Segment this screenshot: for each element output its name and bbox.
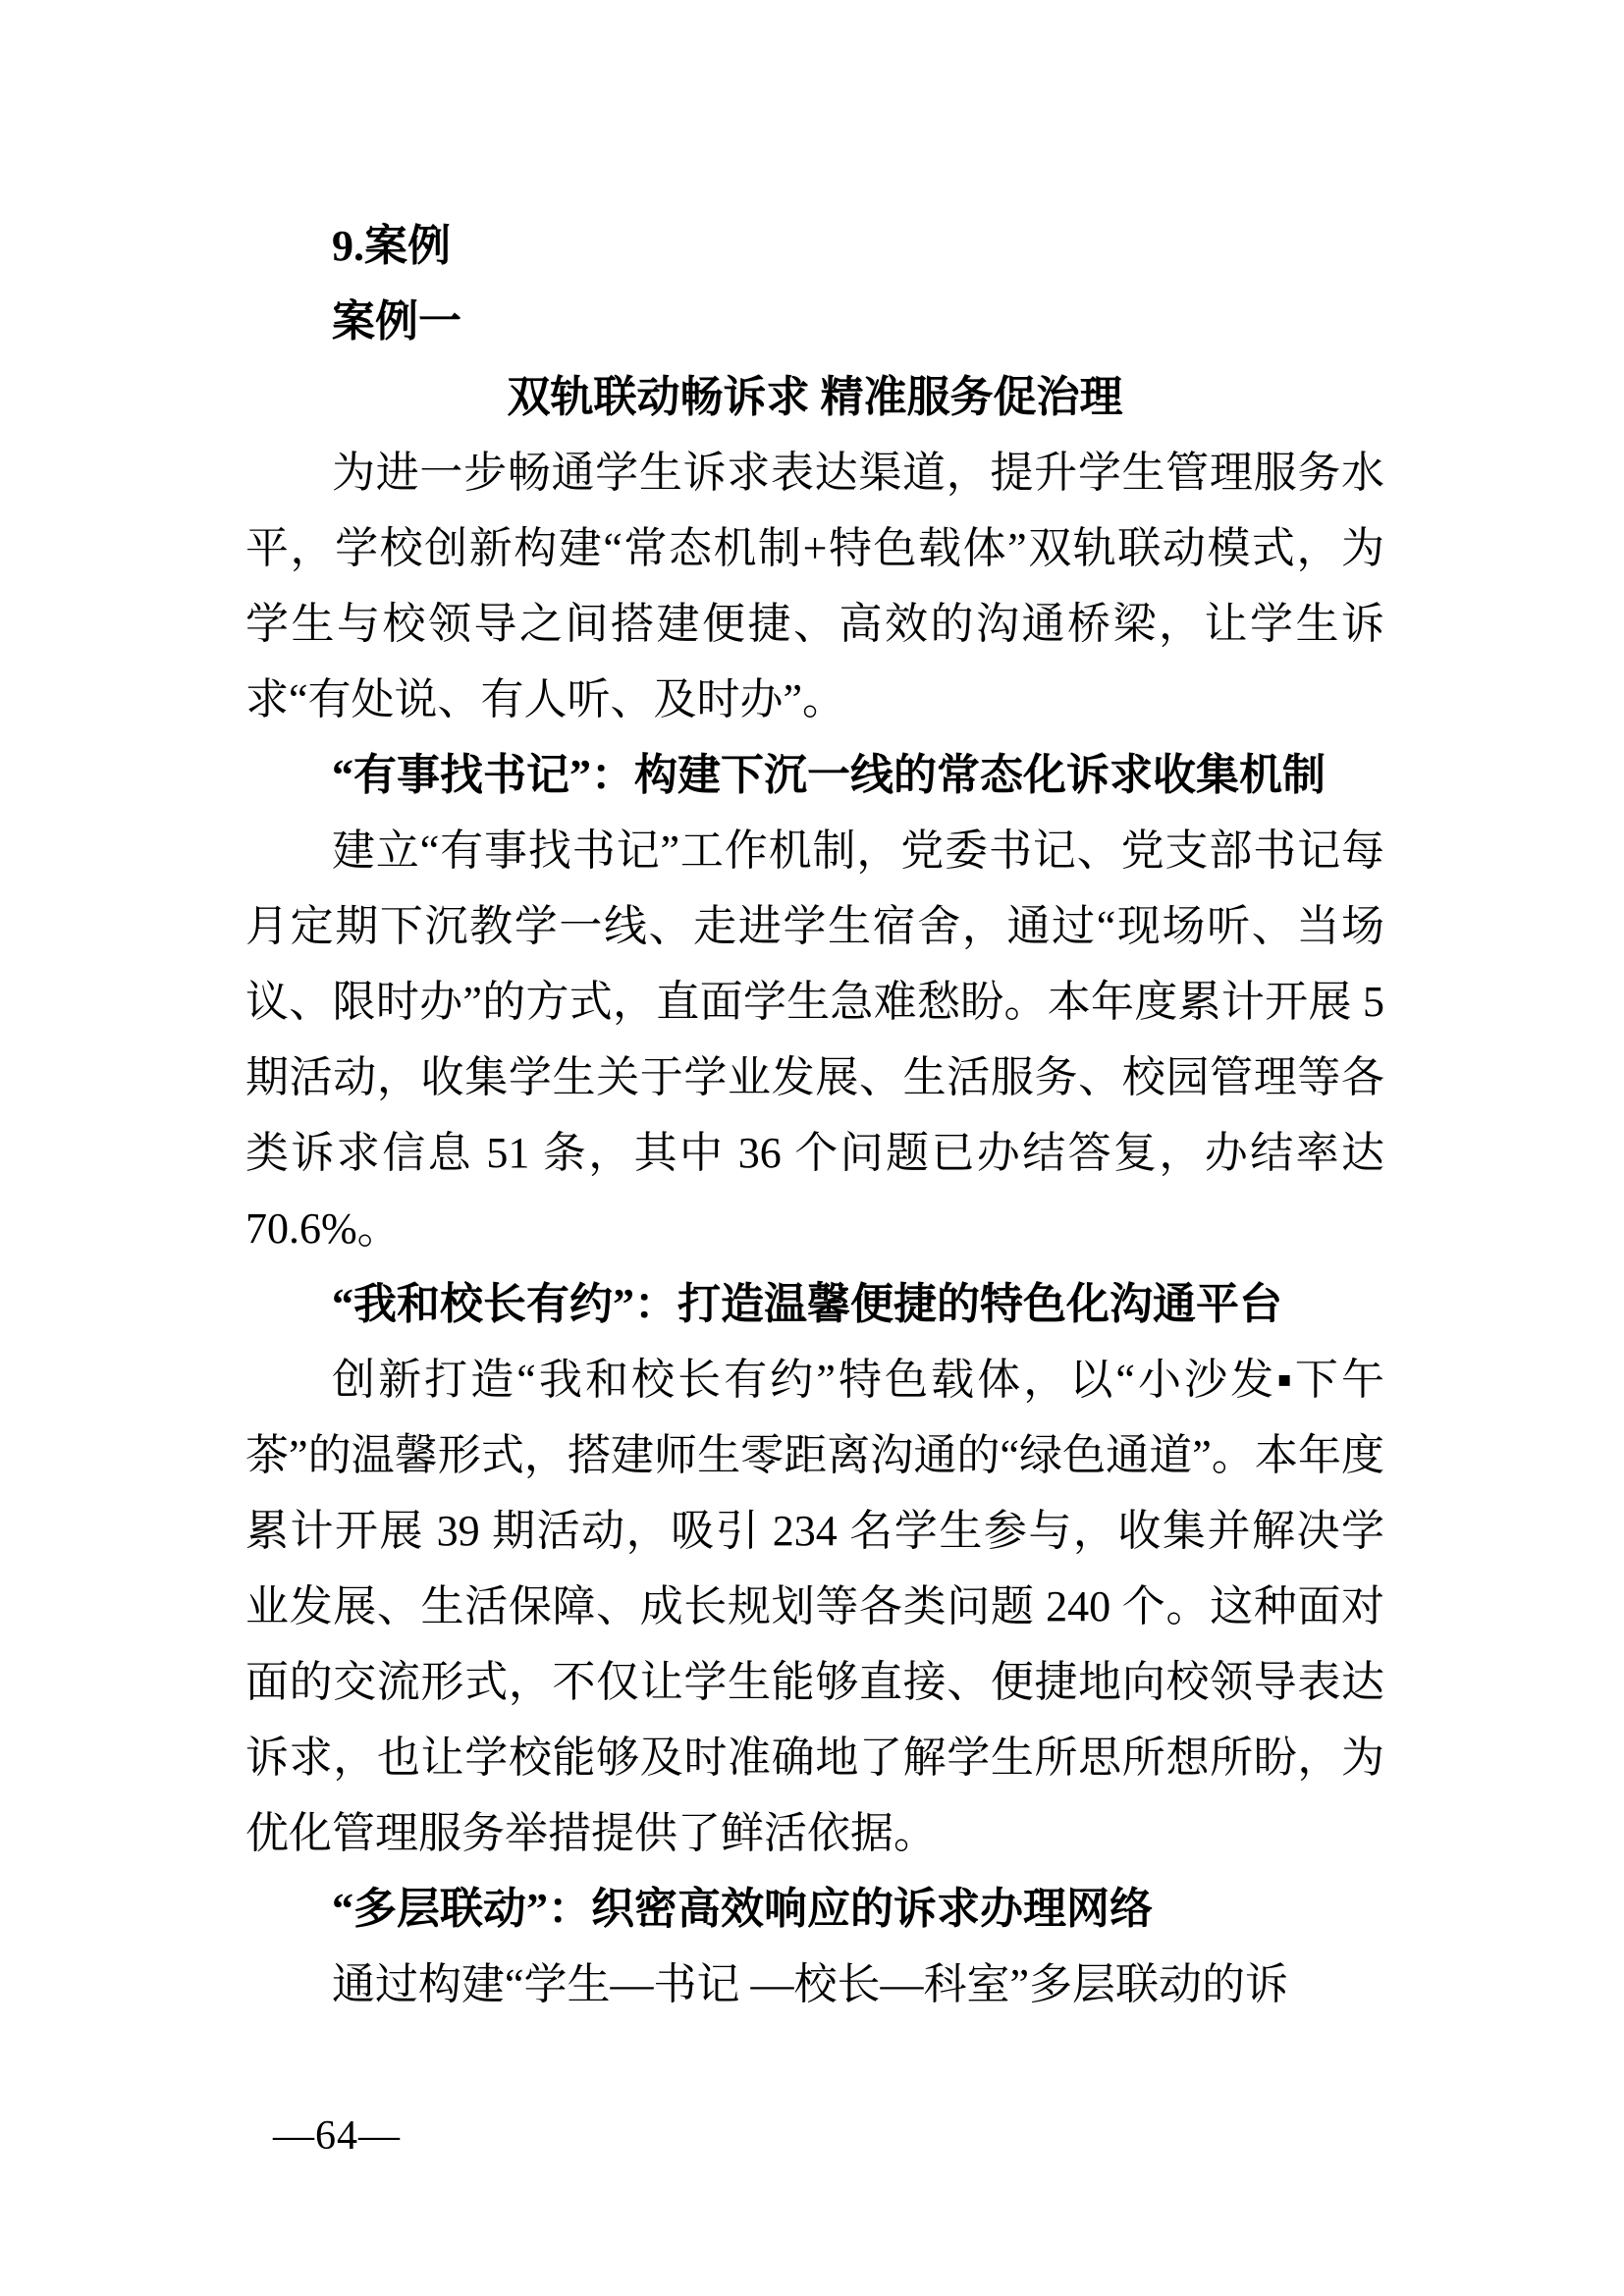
page-number: —64— bbox=[273, 2112, 401, 2160]
section-2-heading: “我和校长有约”：打造温馨便捷的特色化沟通平台 bbox=[245, 1266, 1384, 1342]
section-3-heading: “多层联动”：织密高效响应的诉求办理网络 bbox=[245, 1871, 1384, 1947]
section-3-paragraph: 通过构建“学生—书记 —校长—科室”多层联动的诉 bbox=[245, 1947, 1384, 2022]
section-number: 9.案例 bbox=[245, 208, 1384, 284]
page-content: 9.案例 案例一 双轨联动畅诉求 精准服务促治理 为进一步畅通学生诉求表达渠道，… bbox=[245, 208, 1384, 2022]
case-label: 案例一 bbox=[245, 284, 1384, 359]
section-1-paragraph: 建立“有事找书记”工作机制，党委书记、党支部书记每月定期下沉教学一线、走进学生宿… bbox=[245, 813, 1384, 1266]
intro-paragraph: 为进一步畅通学生诉求表达渠道，提升学生管理服务水平，学校创新构建“常态机制+特色… bbox=[245, 435, 1384, 737]
section-2-paragraph: 创新打造“我和校长有约”特色载体，以“小沙发▪下午茶”的温馨形式，搭建师生零距离… bbox=[245, 1342, 1384, 1871]
section-1-heading: “有事找书记”：构建下沉一线的常态化诉求收集机制 bbox=[245, 737, 1384, 813]
case-title: 双轨联动畅诉求 精准服务促治理 bbox=[245, 359, 1384, 435]
document-page: 9.案例 案例一 双轨联动畅诉求 精准服务促治理 为进一步畅通学生诉求表达渠道，… bbox=[0, 0, 1624, 2296]
